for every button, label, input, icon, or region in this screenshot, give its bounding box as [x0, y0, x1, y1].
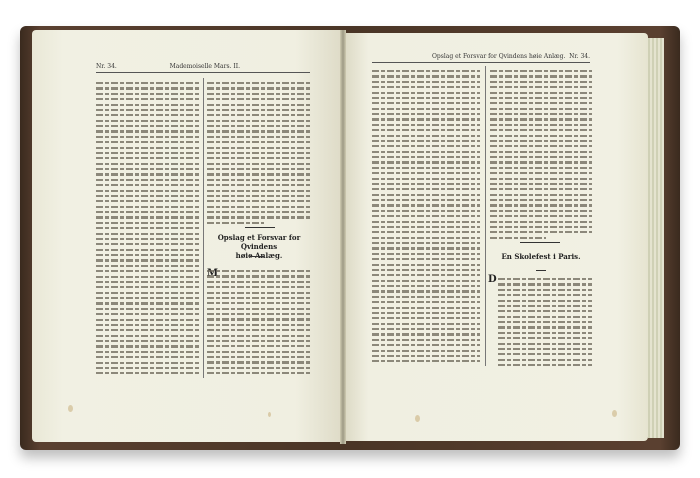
- text-line: [96, 292, 200, 294]
- text-line: [207, 351, 311, 353]
- foxing-stain: [268, 412, 271, 417]
- text-line: [96, 211, 200, 213]
- text-line: [372, 328, 480, 330]
- text-line: [490, 204, 592, 206]
- text-line: [207, 157, 311, 159]
- text-line: [207, 136, 311, 138]
- text-line: [96, 249, 200, 251]
- text-line: [490, 135, 592, 137]
- left-running-head: Nr. 34. Mademoiselle Mars. II.: [96, 63, 310, 70]
- text-line: [372, 344, 480, 346]
- text-line: [96, 345, 200, 347]
- text-line: [498, 316, 592, 318]
- text-line: [490, 140, 592, 142]
- text-line: [372, 323, 480, 325]
- text-line: [372, 360, 480, 362]
- right-column-2-text-lower: [498, 278, 592, 369]
- text-line: [372, 161, 480, 163]
- text-line: [96, 87, 200, 89]
- text-line: [490, 156, 592, 158]
- text-line: [207, 297, 311, 299]
- text-line: [207, 361, 311, 363]
- text-line: [372, 253, 480, 255]
- text-line: [207, 292, 311, 294]
- text-line: [490, 161, 592, 163]
- text-line: [207, 104, 311, 106]
- text-line: [207, 324, 311, 326]
- text-line: [490, 102, 592, 104]
- text-line: [207, 216, 311, 218]
- text-line: [96, 340, 200, 342]
- text-line: [96, 335, 200, 337]
- text-line: [96, 163, 200, 165]
- text-line: [207, 152, 311, 154]
- text-line: [207, 222, 264, 224]
- text-line: [372, 167, 480, 169]
- text-line: [372, 333, 480, 335]
- text-line: [96, 195, 200, 197]
- text-line: [490, 108, 592, 110]
- text-line: [207, 114, 311, 116]
- text-line: [372, 301, 480, 303]
- text-line: [207, 302, 311, 304]
- text-line: [490, 183, 592, 185]
- text-line: [490, 145, 592, 147]
- text-line: [372, 274, 480, 276]
- text-line: [207, 195, 311, 197]
- text-line: [207, 308, 311, 310]
- text-line: [372, 194, 480, 196]
- text-line: [498, 326, 592, 328]
- text-line: [372, 285, 480, 287]
- text-line: [96, 259, 200, 261]
- text-line: [207, 340, 311, 342]
- text-line: [372, 108, 480, 110]
- text-line: [96, 308, 200, 310]
- text-line: [96, 147, 200, 149]
- foxing-stain: [68, 405, 73, 412]
- text-line: [207, 109, 311, 111]
- text-line: [490, 188, 592, 190]
- text-line: [372, 312, 480, 314]
- text-line: [490, 194, 592, 196]
- text-line: [490, 231, 592, 233]
- text-line: [207, 98, 311, 100]
- text-line: [96, 206, 200, 208]
- text-line: [498, 359, 592, 361]
- text-line: [96, 222, 200, 224]
- text-line: [96, 130, 200, 132]
- text-line: [96, 238, 200, 240]
- text-line: [498, 278, 592, 280]
- text-line: [207, 356, 311, 358]
- text-line: [490, 75, 592, 77]
- text-line: [490, 86, 592, 88]
- text-line: [490, 129, 592, 131]
- text-line: [498, 348, 592, 350]
- text-line: [490, 199, 592, 201]
- text-line: [372, 339, 480, 341]
- right-dropcap: D: [488, 274, 497, 285]
- text-line: [372, 113, 480, 115]
- text-line: [490, 97, 592, 99]
- text-line: [96, 184, 200, 186]
- text-line: [96, 265, 200, 267]
- text-line: [207, 173, 311, 175]
- text-line: [96, 281, 200, 283]
- text-line: [372, 140, 480, 142]
- text-line: [498, 310, 592, 312]
- text-line: [96, 200, 200, 202]
- left-column-2-text-lower: [207, 270, 311, 378]
- left-article-title-line1: Opslag et Forsvar for Qvindens: [207, 233, 311, 251]
- text-line: [207, 120, 311, 122]
- text-line: [96, 270, 200, 272]
- text-line: [96, 104, 200, 106]
- text-line: [207, 329, 311, 331]
- text-line: [372, 258, 480, 260]
- text-line: [207, 141, 311, 143]
- text-line: [498, 294, 592, 296]
- text-line: [96, 351, 200, 353]
- text-line: [96, 82, 200, 84]
- text-line: [490, 221, 592, 223]
- text-line: [372, 81, 480, 83]
- text-line: [498, 305, 592, 307]
- text-line: [490, 113, 592, 115]
- text-line: [372, 199, 480, 201]
- text-line: [490, 237, 546, 239]
- text-line: [207, 286, 311, 288]
- text-line: [207, 206, 311, 208]
- text-line: [207, 318, 311, 320]
- text-line: [372, 70, 480, 72]
- text-line: [207, 184, 311, 186]
- text-line: [207, 372, 311, 374]
- text-line: [372, 226, 480, 228]
- section-divider-small: [536, 270, 546, 271]
- text-line: [372, 145, 480, 147]
- text-line: [96, 324, 200, 326]
- left-page-number: Nr. 34.: [96, 63, 117, 70]
- text-line: [372, 290, 480, 292]
- text-line: [372, 188, 480, 190]
- right-column-2-text-upper: [490, 70, 592, 242]
- right-article-title: En Skolefest i Paris.: [490, 252, 592, 261]
- text-line: [96, 93, 200, 95]
- text-line: [207, 87, 311, 89]
- right-column-separator: [485, 66, 486, 366]
- text-line: [372, 135, 480, 137]
- text-line: [96, 141, 200, 143]
- text-line: [372, 102, 480, 104]
- text-line: [372, 296, 480, 298]
- text-line: [207, 335, 311, 337]
- text-line: [372, 156, 480, 158]
- text-line: [207, 367, 311, 369]
- right-page-number: Nr. 34.: [569, 53, 590, 60]
- text-line: [207, 82, 311, 84]
- left-header-rule: [96, 72, 310, 73]
- right-running-title: Opslag et Forsvar for Qvindens høie Anlæ…: [432, 53, 565, 60]
- text-line: [490, 210, 592, 212]
- section-divider: [520, 242, 560, 243]
- text-line: [372, 183, 480, 185]
- text-line: [96, 179, 200, 181]
- text-line: [207, 281, 311, 283]
- text-line: [96, 136, 200, 138]
- left-column-1-text: [96, 82, 200, 378]
- text-line: [96, 286, 200, 288]
- text-line: [490, 226, 592, 228]
- text-line: [207, 168, 311, 170]
- text-line: [372, 86, 480, 88]
- text-line: [207, 147, 311, 149]
- foxing-stain: [612, 410, 617, 417]
- right-running-head: Opslag et Forsvar for Qvindens høie Anlæ…: [372, 53, 590, 60]
- text-line: [207, 93, 311, 95]
- text-line: [372, 172, 480, 174]
- text-line: [498, 300, 592, 302]
- text-line: [207, 125, 311, 127]
- text-line: [372, 151, 480, 153]
- text-line: [490, 151, 592, 153]
- text-line: [207, 200, 311, 202]
- text-line: [498, 343, 592, 345]
- text-line: [96, 114, 200, 116]
- text-line: [96, 302, 200, 304]
- text-line: [207, 313, 311, 315]
- text-line: [96, 109, 200, 111]
- text-line: [490, 70, 592, 72]
- text-line: [96, 216, 200, 218]
- right-column-1-text: [372, 70, 480, 366]
- text-line: [372, 317, 480, 319]
- text-line: [96, 254, 200, 256]
- text-line: [372, 242, 480, 244]
- text-line: [207, 211, 311, 213]
- text-line: [96, 173, 200, 175]
- text-line: [490, 178, 592, 180]
- section-divider-small: [250, 256, 264, 257]
- text-line: [96, 227, 200, 229]
- text-line: [372, 178, 480, 180]
- text-line: [372, 75, 480, 77]
- text-line: [498, 332, 592, 334]
- text-line: [372, 355, 480, 357]
- text-line: [498, 337, 592, 339]
- text-line: [372, 97, 480, 99]
- text-line: [490, 81, 592, 83]
- text-line: [490, 92, 592, 94]
- text-line: [490, 172, 592, 174]
- text-line: [498, 364, 592, 366]
- text-line: [372, 210, 480, 212]
- text-line: [207, 345, 311, 347]
- text-line: [498, 353, 592, 355]
- text-line: [372, 124, 480, 126]
- text-line: [96, 356, 200, 358]
- text-line: [490, 124, 592, 126]
- text-line: [96, 313, 200, 315]
- text-line: [96, 233, 200, 235]
- text-line: [372, 204, 480, 206]
- text-line: [372, 280, 480, 282]
- text-line: [372, 118, 480, 120]
- text-line: [96, 168, 200, 170]
- text-line: [372, 307, 480, 309]
- text-line: [490, 215, 592, 217]
- text-line: [490, 118, 592, 120]
- text-line: [96, 329, 200, 331]
- text-line: [372, 221, 480, 223]
- text-line: [207, 179, 311, 181]
- text-line: [96, 190, 200, 192]
- text-line: [207, 275, 311, 277]
- section-divider: [245, 227, 275, 228]
- text-line: [207, 270, 311, 272]
- text-line: [96, 297, 200, 299]
- left-running-title: Mademoiselle Mars. II.: [170, 63, 240, 70]
- left-column-separator: [203, 78, 204, 378]
- text-line: [372, 247, 480, 249]
- text-line: [96, 372, 200, 374]
- text-line: [372, 231, 480, 233]
- text-line: [498, 283, 592, 285]
- text-line: [372, 129, 480, 131]
- text-line: [96, 125, 200, 127]
- text-line: [498, 289, 592, 291]
- text-line: [207, 130, 311, 132]
- book-gutter: [340, 30, 346, 444]
- text-line: [372, 269, 480, 271]
- text-line: [207, 163, 311, 165]
- text-line: [372, 264, 480, 266]
- text-line: [372, 237, 480, 239]
- left-column-2-text-upper: [207, 82, 311, 227]
- text-line: [96, 157, 200, 159]
- text-line: [372, 350, 480, 352]
- foxing-stain: [415, 415, 420, 422]
- text-line: [96, 276, 200, 278]
- text-line: [96, 319, 200, 321]
- right-header-rule: [372, 62, 590, 63]
- text-line: [96, 152, 200, 154]
- text-line: [372, 215, 480, 217]
- page-edges: [648, 38, 664, 438]
- text-line: [96, 243, 200, 245]
- text-line: [96, 120, 200, 122]
- text-line: [96, 362, 200, 364]
- text-line: [372, 92, 480, 94]
- text-line: [490, 167, 592, 169]
- text-line: [96, 367, 200, 369]
- text-line: [207, 190, 311, 192]
- text-line: [498, 321, 592, 323]
- text-line: [96, 98, 200, 100]
